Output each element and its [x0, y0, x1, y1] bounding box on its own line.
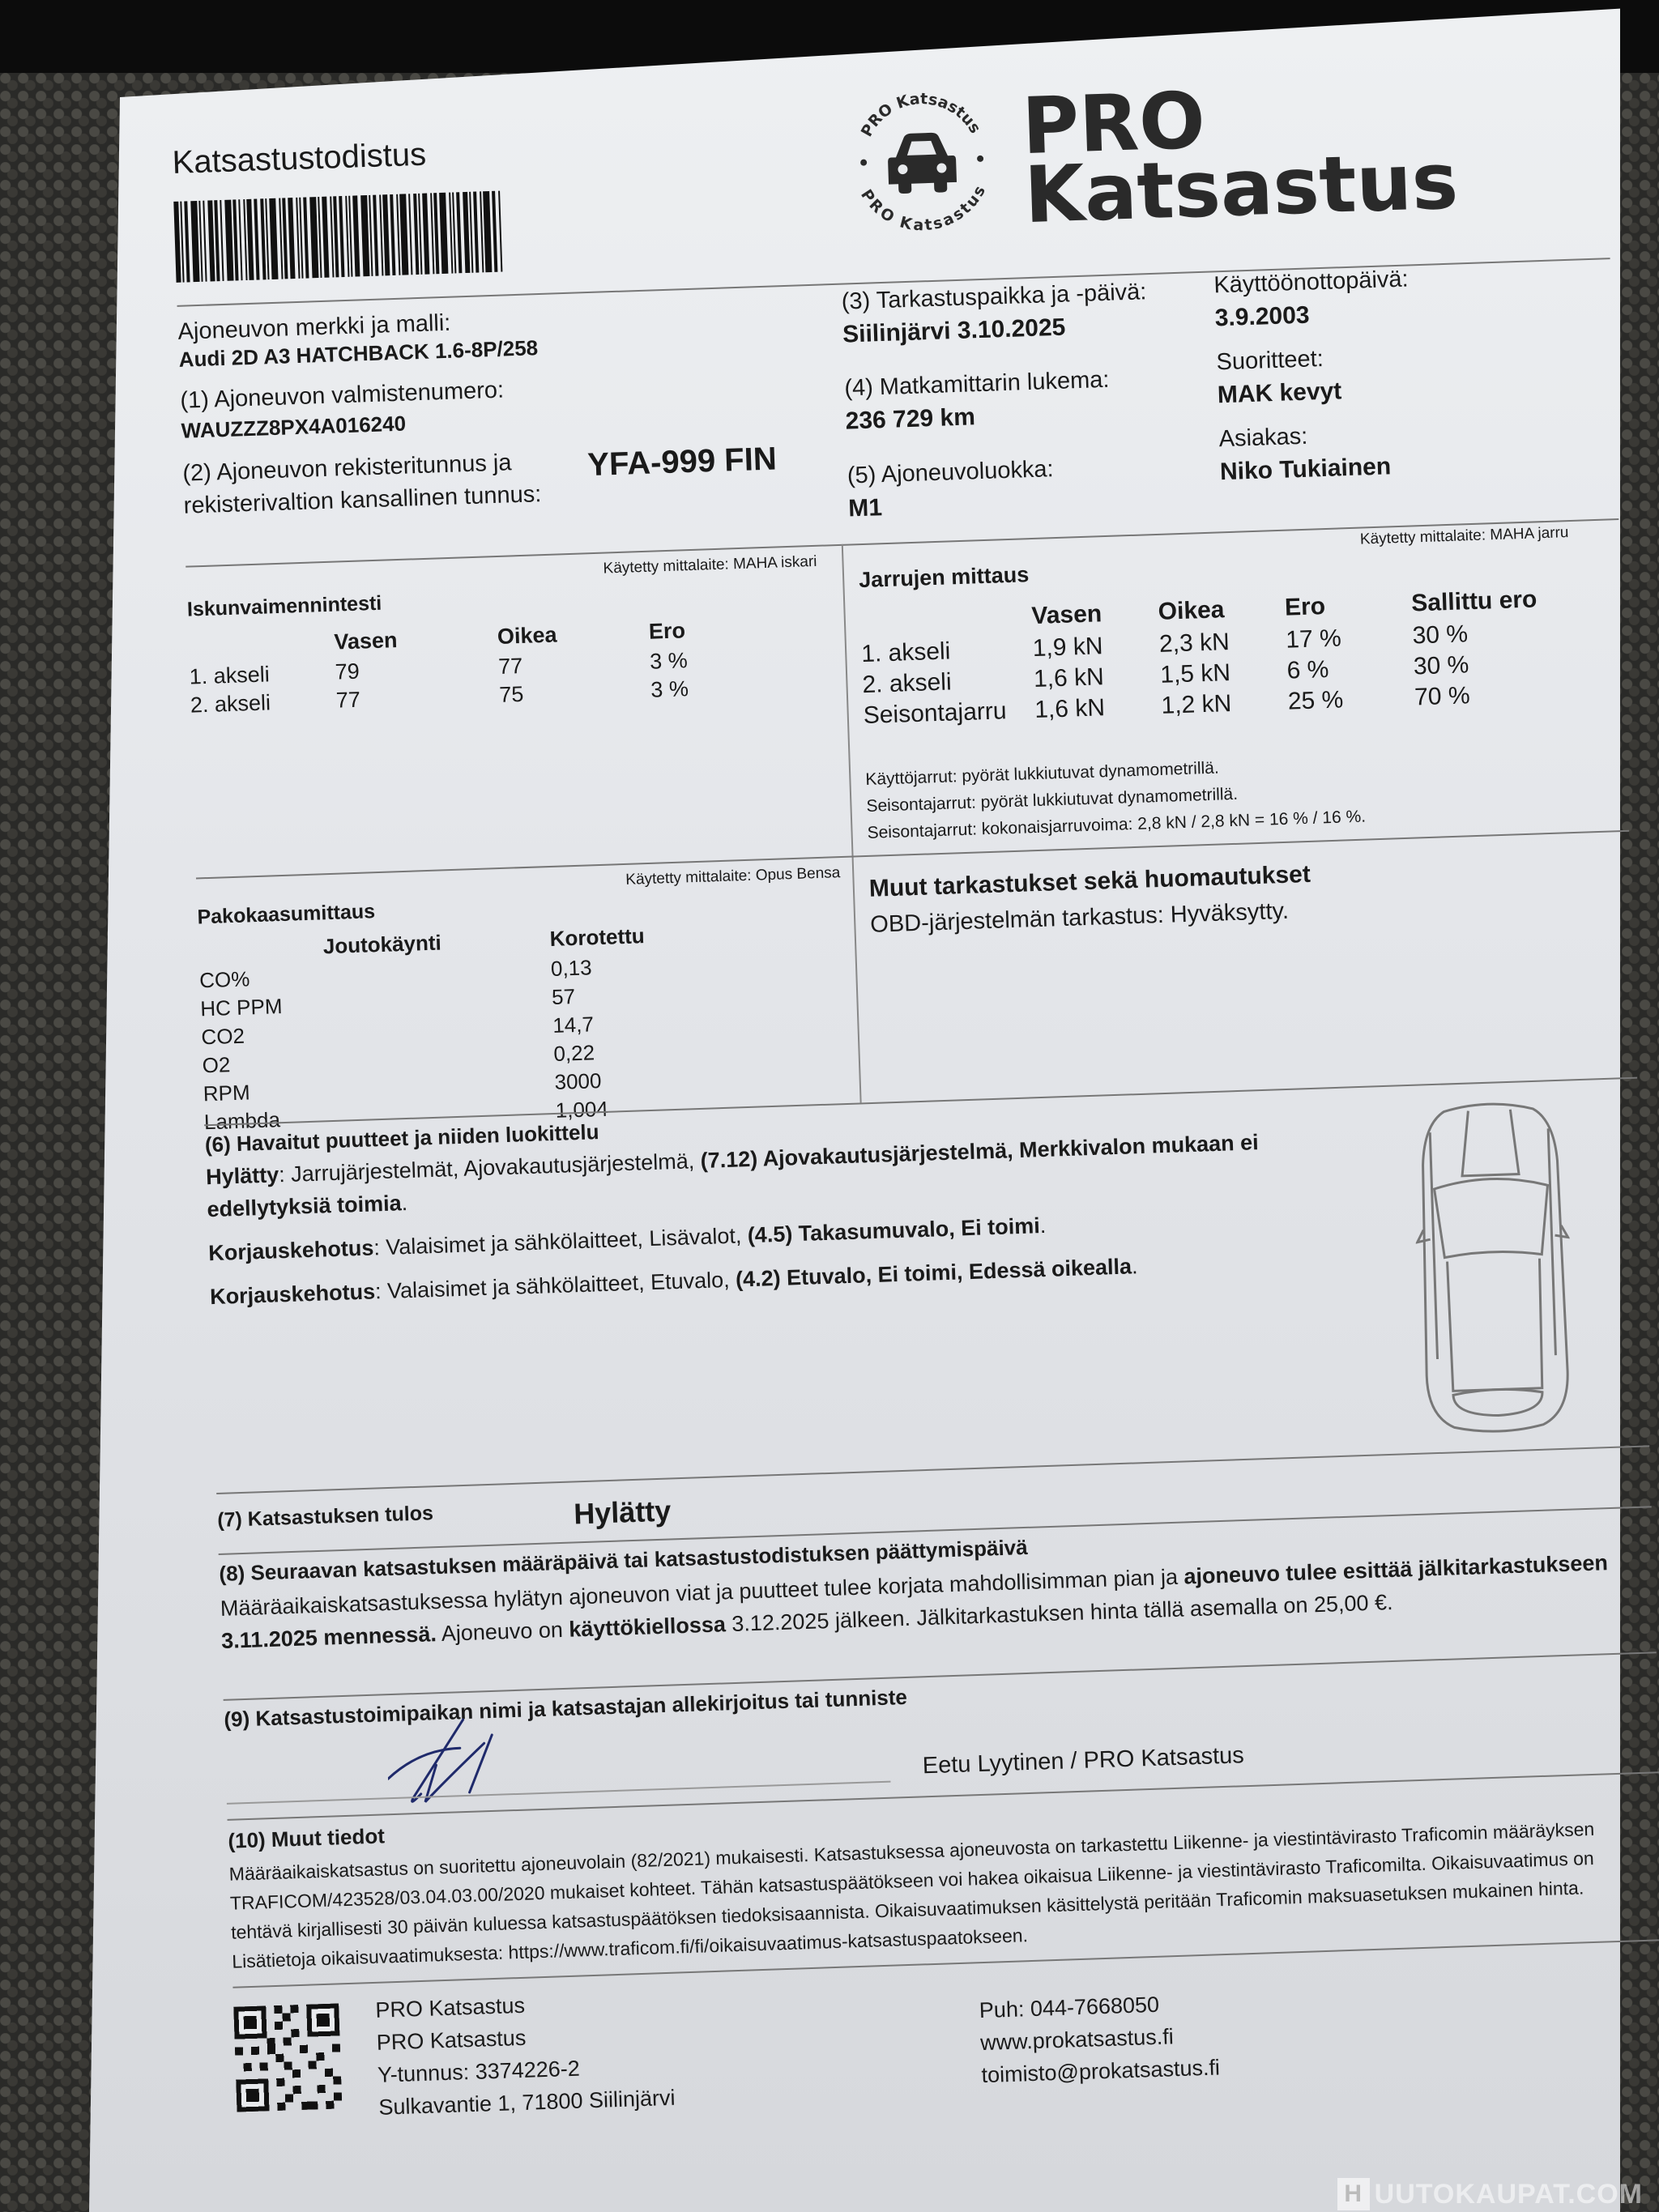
column-header: Ero: [649, 616, 772, 648]
inspection-certificate: Katsastustodistus PRO Katsastus PRO Kats…: [146, 49, 1659, 2169]
footer-email[interactable]: toimisto@prokatsastus.fi: [981, 2051, 1221, 2091]
table-cell: 77: [335, 681, 500, 715]
defect-class: Korjauskehotus: [210, 1279, 376, 1309]
table-cell: 17 %: [1286, 621, 1414, 656]
registration-label-1: (2) Ajoneuvon rekisteritunnus ja: [182, 450, 512, 487]
result-label: (7) Katsastuksen tulos: [217, 1502, 434, 1532]
vehicle-class-label: (5) Ajoneuvoluokka:: [847, 456, 1054, 489]
table-cell: CO2: [201, 1019, 326, 1051]
other-info-title: (10) Muut tiedot: [228, 1823, 385, 1853]
table-cell: 3 %: [650, 644, 773, 676]
other-info-text: Määräaikaiskatsastus on suoritettu ajone…: [228, 1812, 1657, 1975]
other-checks-title: Muut tarkastukset sekä huomautukset: [868, 861, 1311, 903]
brake-device: Käytetty mittalaite: MAHA jarru: [1360, 524, 1569, 549]
car-outline-icon: [1411, 1096, 1576, 1441]
first-use-value: 3.9.2003: [1214, 302, 1310, 333]
table-cell: 25 %: [1287, 682, 1415, 717]
table-cell: 1,2 kN: [1161, 687, 1289, 722]
qr-code: [233, 2003, 342, 2112]
column-header: Vasen: [1031, 599, 1159, 633]
customer-label: Asiakas:: [1218, 424, 1308, 454]
table-cell: 2. akseli: [190, 687, 336, 720]
registration-label-2: rekisterivaltion kansallinen tunnus:: [183, 481, 542, 520]
performed-label: Suoritteet:: [1216, 346, 1324, 376]
exhaust-device: Käytetty mittalaite: Opus Bensa: [625, 864, 841, 889]
table-cell: 70 %: [1414, 676, 1609, 714]
exhaust-test-table: JoutokäyntiKorotettu CO%0,13HC PPM57CO21…: [198, 919, 771, 1136]
footer-company-block: PRO Katsastus PRO Katsastus Y-tunnus: 33…: [375, 1984, 676, 2124]
table-cell: CO%: [199, 962, 325, 995]
defect-desc: : Valaisimet ja sähkölaitteet, Lisävalot…: [373, 1223, 748, 1259]
table-cell: 1,9 kN: [1032, 629, 1160, 664]
car-top-view-diagram: [1411, 1096, 1576, 1441]
watermark: H UUTOKAUPAT.COM: [1337, 2178, 1643, 2210]
other-checks-text: OBD-järjestelmän tarkastus: Hyväksytty.: [870, 898, 1290, 939]
defect-end: .: [401, 1191, 408, 1215]
odometer-label: (4) Matkamittarin lukema:: [844, 367, 1110, 403]
table-cell: HC PPM: [200, 991, 326, 1023]
usage-ban: käyttökiellossa: [569, 1612, 726, 1641]
svg-text:PRO Katsastus: PRO Katsastus: [856, 88, 984, 141]
brake-test-title: Jarrujen mittaus: [859, 562, 1030, 593]
odometer-value: 236 729 km: [845, 403, 975, 435]
brand-seal: PRO Katsastus PRO Katsastus: [838, 77, 1006, 245]
column-header: [198, 934, 323, 966]
divider: [224, 1652, 1657, 1701]
inspection-place-label: (3) Tarkastuspaikka ja -päivä:: [841, 279, 1147, 315]
divider: [216, 1445, 1649, 1494]
barcode: [173, 183, 743, 283]
shock-device: Käytetty mittalaite: MAHA iskari: [603, 553, 817, 578]
svg-text:PRO Katsastus: PRO Katsastus: [857, 182, 991, 237]
table-cell: 6 %: [1286, 652, 1414, 687]
table-cell: Seisontajarru: [863, 695, 1035, 731]
shock-test-table: VasenOikeaEro 1. akseli79773 %2. akseli7…: [188, 616, 774, 720]
column-header: Oikea: [1158, 595, 1286, 629]
defect-end: .: [1131, 1254, 1138, 1278]
defect-code: (4.5) Takasumuvalo, Ei toimi: [747, 1213, 1040, 1247]
first-use-label: Käyttöönottopäivä:: [1213, 266, 1409, 299]
column-divider: [842, 544, 862, 1103]
brand-logo-line2: Katsastus: [1023, 147, 1459, 229]
column-header: [188, 630, 335, 663]
column-header: Ero: [1284, 590, 1412, 625]
brake-test-table: VasenOikeaEroSallittu ero 1. akseli1,9 k…: [859, 584, 1609, 731]
table-cell: O2: [202, 1047, 327, 1080]
table-cell: RPM: [203, 1076, 328, 1108]
performed-value: MAK kevyt: [1217, 377, 1341, 409]
table-cell: 75: [499, 676, 651, 710]
qr-code-icon: [233, 2003, 342, 2112]
defect-end: .: [1039, 1213, 1047, 1238]
table-cell: 2,3 kN: [1158, 625, 1286, 660]
defects-list: Hylätty: Jarrujärjestelmät, Ajovakautusj…: [206, 1125, 1304, 1325]
watermark-text: UUTOKAUPAT.COM: [1375, 2179, 1643, 2210]
shock-test-title: Iskunvaimennintesti: [187, 592, 382, 622]
vehicle-class-value: M1: [848, 494, 883, 522]
defect-desc: : Jarrujärjestelmät, Ajovakautusjärjeste…: [279, 1149, 701, 1187]
table-cell: 3 %: [650, 672, 774, 705]
table-cell: 1,6 kN: [1034, 691, 1162, 726]
result-value: Hylätty: [574, 1494, 672, 1531]
inspector-name: Eetu Lyytinen / PRO Katsastus: [922, 1742, 1244, 1779]
brake-notes: Käyttöjarrut: pyörät lukkiutuvat dynamom…: [865, 750, 1367, 846]
document-title: Katsastustodistus: [172, 137, 427, 181]
defect-class: Korjauskehotus: [208, 1235, 374, 1265]
defect-desc: : Valaisimet ja sähkölaitteet, Etuvalo,: [375, 1268, 736, 1304]
footer-contact-block: Puh: 044-7668050 www.prokatsastus.fi toi…: [979, 1986, 1220, 2091]
inspection-place-value: Siilinjärvi 3.10.2025: [842, 314, 1066, 349]
registration-plate: YFA-999 FIN: [587, 441, 778, 484]
next-inspection-text-2: Ajoneuvo on: [436, 1617, 569, 1646]
watermark-logo-icon: H: [1337, 2178, 1370, 2210]
vin-value: WAUZZZ8PX4A016240: [181, 411, 406, 444]
table-cell: 1. akseli: [189, 658, 335, 692]
defect-class: Hylätty: [206, 1162, 279, 1189]
vin-label: (1) Ajoneuvon valmistenumero:: [180, 377, 505, 415]
table-cell: 1,5 kN: [1160, 656, 1288, 691]
table-cell: 1,6 kN: [1033, 660, 1161, 695]
car-seal-icon: PRO Katsastus PRO Katsastus: [838, 77, 1006, 245]
defect-code: (4.2) Etuvalo, Ei toimi, Edessä oikealla: [736, 1254, 1132, 1291]
customer-value: Niko Tukiainen: [1220, 453, 1392, 486]
exhaust-test-title: Pakokaasumittaus: [197, 900, 375, 929]
